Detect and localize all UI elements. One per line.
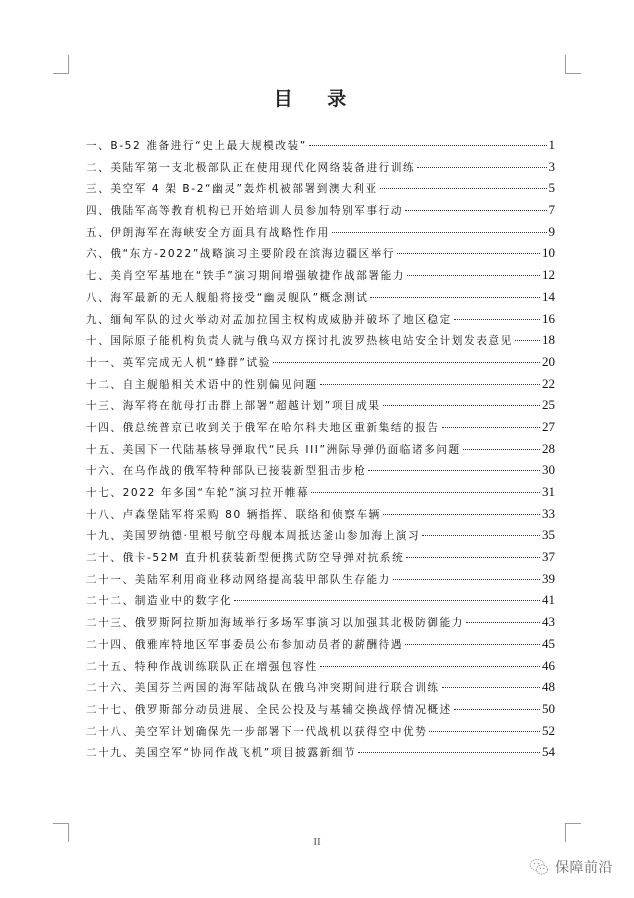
toc-entry[interactable]: 十四、俄总统普京已收到关于俄军在哈尔科夫地区重新集结的报告27 [86, 419, 555, 441]
toc-entry[interactable]: 二十四、俄雅库特地区军事委员公布参加动员者的薪酬待遇45 [86, 636, 555, 658]
toc-entry-page-number: 46 [542, 658, 555, 674]
dot-leader [397, 253, 540, 254]
toc-entry-page-number: 12 [542, 267, 555, 283]
dot-leader [442, 427, 540, 428]
dot-leader [405, 210, 546, 211]
dot-leader [370, 297, 540, 298]
dot-leader [332, 232, 547, 233]
toc-entry[interactable]: 二十二、制造业中的数字化41 [86, 592, 555, 614]
toc-entry[interactable]: 四、俄陆军高等教育机构已开始培训人员参加特别军事行动7 [86, 202, 555, 224]
watermark: 保障前沿 [529, 857, 613, 877]
toc-entry[interactable]: 十、国际原子能机构负责人就与俄乌双方探讨扎波罗热核电站安全计划发表意见18 [86, 332, 555, 354]
toc-entry-page-number: 5 [549, 180, 556, 196]
dot-leader [320, 384, 540, 385]
dot-leader [383, 514, 540, 515]
toc-entry[interactable]: 五、伊朗海军在海峡安全方面具有战略性作用9 [86, 224, 555, 246]
dot-leader [234, 600, 540, 601]
toc-entry-page-number: 30 [542, 462, 555, 478]
toc-entry-title: 二十二、制造业中的数字化 [86, 593, 232, 608]
toc-entry-title: 一、B-52 准备进行“史上最大规模改装” [86, 138, 307, 153]
toc-entry[interactable]: 二十五、特种作战训练联队正在增强包容性46 [86, 658, 555, 680]
toc-entry-page-number: 14 [542, 289, 555, 305]
dot-leader [320, 666, 540, 667]
toc-entry[interactable]: 十八、卢森堡陆军将采购 80 辆指挥、联络和侦察车辆33 [86, 506, 555, 528]
toc-entry-page-number: 37 [542, 549, 555, 565]
toc-entry-page-number: 50 [542, 701, 555, 717]
toc-entry-page-number: 41 [542, 592, 555, 608]
toc-entry-title: 十二、自主舰船相关术语中的性别偏见问题 [86, 377, 318, 392]
toc-entry-page-number: 39 [542, 571, 555, 587]
toc-entry[interactable]: 十九、美国罗纳德·里根号航空母舰本周抵达釜山参加海上演习35 [86, 527, 555, 549]
toc-entry[interactable]: 七、美肖空军基地在“铁手”演习期间增强敏捷作战部署能力12 [86, 267, 555, 289]
toc-entry-page-number: 1 [549, 137, 556, 153]
toc-entry[interactable]: 十七、2022 年多国“车轮”演习拉开帷幕31 [86, 484, 555, 506]
table-of-contents: 一、B-52 准备进行“史上最大规模改装”1二、美陆军第一支北极部队正在使用现代… [86, 137, 555, 766]
toc-entry-title: 二十三、俄罗斯阿拉斯加海域举行多场军事演习以加强其北极防御能力 [86, 615, 464, 630]
toc-entry-page-number: 27 [542, 419, 555, 435]
toc-entry-page-number: 31 [542, 484, 555, 500]
watermark-text: 保障前沿 [555, 857, 613, 877]
toc-entry[interactable]: 二十一、美陆军利用商业移动网络提高装甲部队生存能力39 [86, 571, 555, 593]
toc-entry-title: 二十、俄卡-52M 直升机获装新型便携式防空导弹对抗系统 [86, 550, 404, 565]
toc-entry[interactable]: 十六、在乌作战的俄军特种部队已接装新型狙击步枪30 [86, 462, 555, 484]
toc-entry[interactable]: 九、缅甸军队的过火举动对孟加拉国主权构成威胁并破坏了地区稳定16 [86, 311, 555, 333]
toc-entry-title: 二十一、美陆军利用商业移动网络提高装甲部队生存能力 [86, 572, 391, 587]
toc-entry-page-number: 3 [549, 159, 556, 175]
toc-entry-title: 十七、2022 年多国“车轮”演习拉开帷幕 [86, 485, 309, 500]
dot-leader [405, 644, 540, 645]
toc-entry[interactable]: 二十、俄卡-52M 直升机获装新型便携式防空导弹对抗系统37 [86, 549, 555, 571]
toc-entry-title: 二十七、俄罗斯部分动员进展、全民公投及与基辅交换战俘情况概述 [86, 702, 452, 717]
toc-entry-title: 十八、卢森堡陆军将采购 80 辆指挥、联络和侦察车辆 [86, 507, 381, 522]
toc-entry-title: 十四、俄总统普京已收到关于俄军在哈尔科夫地区重新集结的报告 [86, 420, 440, 435]
toc-entry-page-number: 43 [542, 614, 555, 630]
toc-entry-title: 九、缅甸军队的过火举动对孟加拉国主权构成威胁并破坏了地区稳定 [86, 312, 452, 327]
toc-entry-page-number: 22 [542, 376, 555, 392]
dot-leader [383, 405, 540, 406]
dot-leader [463, 449, 540, 450]
dot-leader [368, 470, 540, 471]
toc-entry[interactable]: 二十八、美空军计划确保先一步部署下一代战机以获得空中优势52 [86, 723, 555, 745]
toc-entry[interactable]: 二十九、美国空军“协同作战飞机”项目披露新细节54 [86, 744, 555, 766]
toc-entry-title: 七、美肖空军基地在“铁手”演习期间增强敏捷作战部署能力 [86, 268, 405, 283]
toc-entry[interactable]: 一、B-52 准备进行“史上最大规模改装”1 [86, 137, 555, 159]
dot-leader [407, 275, 540, 276]
dot-leader [442, 687, 540, 688]
toc-entry-page-number: 9 [549, 224, 556, 240]
toc-entry-title: 十三、海军将在航母打击群上部署“超越计划”项目成果 [86, 398, 381, 413]
toc-entry-title: 五、伊朗海军在海峡安全方面具有战略性作用 [86, 225, 330, 240]
toc-entry[interactable]: 二十七、俄罗斯部分动员进展、全民公投及与基辅交换战俘情况概述50 [86, 701, 555, 723]
toc-entry[interactable]: 二十六、美国芬兰两国的海军陆战队在俄乌冲突期间进行联合训练48 [86, 679, 555, 701]
toc-entry-title: 二十六、美国芬兰两国的海军陆战队在俄乌冲突期间进行联合训练 [86, 680, 440, 695]
toc-entry-title: 四、俄陆军高等教育机构已开始培训人员参加特别军事行动 [86, 203, 403, 218]
toc-entry[interactable]: 六、俄“东方-2022”战略演习主要阶段在滨海边疆区举行10 [86, 245, 555, 267]
toc-entry-page-number: 45 [542, 636, 555, 652]
toc-entry-title: 二十九、美国空军“协同作战飞机”项目披露新细节 [86, 745, 356, 760]
dot-leader [273, 362, 540, 363]
toc-entry[interactable]: 十一、英军完成无人机“蜂群”试验20 [86, 354, 555, 376]
toc-entry-page-number: 18 [542, 332, 555, 348]
toc-entry[interactable]: 二、美陆军第一支北极部队正在使用现代化网络装备进行训练3 [86, 159, 555, 181]
toc-entry[interactable]: 八、海军最新的无人舰船将接受“幽灵舰队”概念测试14 [86, 289, 555, 311]
toc-entry-page-number: 25 [542, 397, 555, 413]
toc-entry-title: 六、俄“东方-2022”战略演习主要阶段在滨海边疆区举行 [86, 246, 395, 261]
toc-entry-page-number: 28 [542, 441, 555, 457]
toc-entry[interactable]: 十五、美国下一代陆基核导弹取代“民兵 III”洲际导弹仍面临诸多问题28 [86, 441, 555, 463]
toc-entry-title: 十、国际原子能机构负责人就与俄乌双方探讨扎波罗热核电站安全计划发表意见 [86, 333, 513, 348]
toc-entry-page-number: 48 [542, 679, 555, 695]
dot-leader [309, 145, 547, 146]
dot-leader [454, 709, 540, 710]
toc-entry-page-number: 20 [542, 354, 555, 370]
toc-entry[interactable]: 十三、海军将在航母打击群上部署“超越计划”项目成果25 [86, 397, 555, 419]
toc-entry[interactable]: 十二、自主舰船相关术语中的性别偏见问题22 [86, 376, 555, 398]
toc-entry[interactable]: 二十三、俄罗斯阿拉斯加海域举行多场军事演习以加强其北极防御能力43 [86, 614, 555, 636]
wechat-icon [529, 858, 549, 876]
dot-leader [358, 752, 540, 753]
toc-entry-page-number: 7 [549, 202, 556, 218]
crop-mark-top-right [565, 55, 581, 74]
dot-leader [429, 731, 540, 732]
dot-leader [422, 535, 540, 536]
dot-leader [393, 579, 540, 580]
crop-mark-top-left [53, 55, 69, 74]
page-number: II [0, 836, 634, 848]
toc-entry-page-number: 33 [542, 506, 555, 522]
toc-entry-title: 十五、美国下一代陆基核导弹取代“民兵 III”洲际导弹仍面临诸多问题 [86, 442, 461, 457]
toc-entry[interactable]: 三、美空军 4 架 B-2“幽灵”轰炸机被部署到澳大利亚5 [86, 180, 555, 202]
toc-entry-title: 二十四、俄雅库特地区军事委员公布参加动员者的薪酬待遇 [86, 637, 403, 652]
dot-leader [417, 167, 546, 168]
toc-entry-page-number: 35 [542, 527, 555, 543]
toc-entry-page-number: 54 [542, 744, 555, 760]
dot-leader [466, 622, 540, 623]
toc-entry-title: 十九、美国罗纳德·里根号航空母舰本周抵达釜山参加海上演习 [86, 528, 420, 543]
toc-entry-title: 三、美空军 4 架 B-2“幽灵”轰炸机被部署到澳大利亚 [86, 181, 378, 196]
page-title: 目 录 [0, 84, 634, 111]
toc-entry-page-number: 52 [542, 723, 555, 739]
dot-leader [380, 188, 547, 189]
toc-entry-title: 八、海军最新的无人舰船将接受“幽灵舰队”概念测试 [86, 290, 368, 305]
dot-leader [406, 557, 540, 558]
dot-leader [454, 319, 540, 320]
toc-entry-page-number: 16 [542, 311, 555, 327]
toc-entry-title: 二、美陆军第一支北极部队正在使用现代化网络装备进行训练 [86, 160, 415, 175]
toc-entry-title: 十一、英军完成无人机“蜂群”试验 [86, 355, 271, 370]
toc-entry-title: 十六、在乌作战的俄军特种部队已接装新型狙击步枪 [86, 463, 366, 478]
toc-entry-title: 二十五、特种作战训练联队正在增强包容性 [86, 659, 318, 674]
toc-entry-title: 二十八、美空军计划确保先一步部署下一代战机以获得空中优势 [86, 724, 427, 739]
dot-leader [311, 492, 540, 493]
toc-entry-page-number: 10 [542, 245, 555, 261]
dot-leader [515, 340, 540, 341]
